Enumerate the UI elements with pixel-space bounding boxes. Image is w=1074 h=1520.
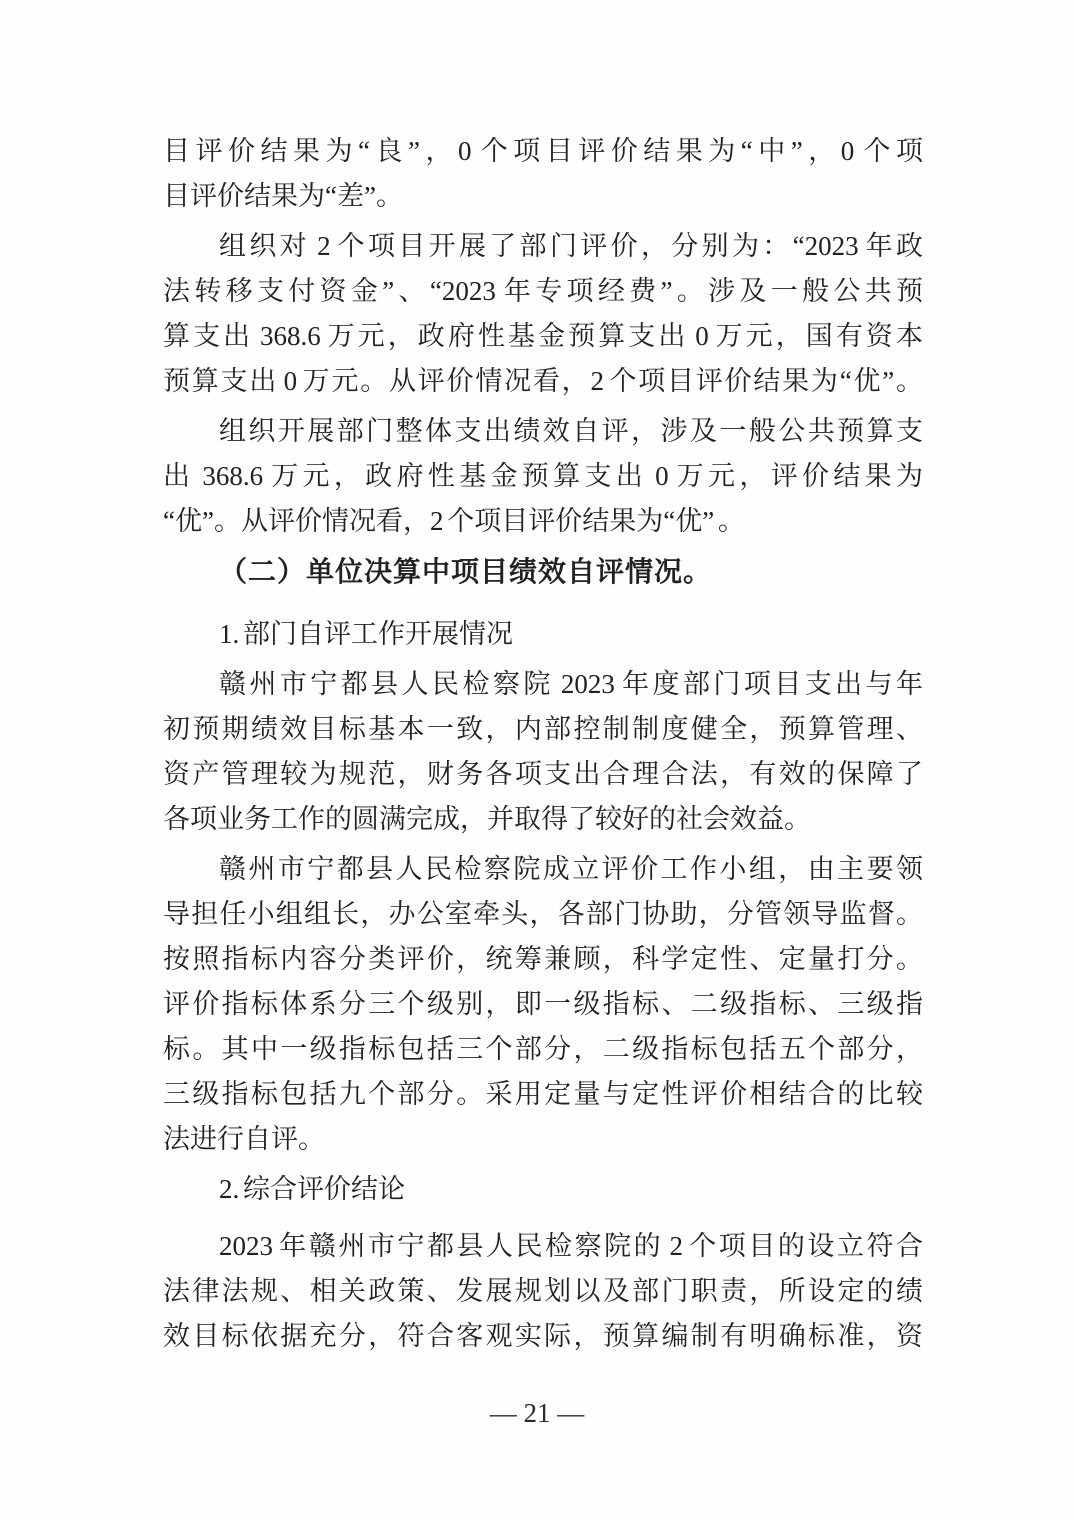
page-content: 目评价结果为“良”，0 个项目评价结果为“中”，0 个项 目评价结果为“差”。 …: [163, 129, 923, 1359]
section-heading: （二）单位决算中项目绩效自评情况。: [163, 549, 923, 594]
text-line: 导担任小组组长，办公室牵头，各部门协助，分管领导监督。: [163, 892, 923, 937]
text-line: 预算支出 0 万元。从评价情况看，2 个项目评价结果为“优”。: [163, 359, 923, 404]
text-line: 组织对 2 个项目开展了部门评价，分别为：“2023 年政: [163, 224, 923, 269]
text-line: 出 368.6 万元，政府性基金预算支出 0 万元，评价结果为: [163, 454, 923, 499]
text-line: 资产管理较为规范，财务各项支出合理合法，有效的保障了: [163, 752, 923, 797]
text-line: 赣州市宁都县人民检察院成立评价工作小组，由主要领: [163, 847, 923, 892]
text-line: “优”。从评价情况看，2 个项目评价结果为“优” 。: [163, 499, 923, 544]
document-page: 目评价结果为“良”，0 个项目评价结果为“中”，0 个项 目评价结果为“差”。 …: [0, 0, 1074, 1520]
sub-heading: 2. 综合评价结论: [163, 1167, 923, 1212]
text-line: 算支出 368.6 万元，政府性基金预算支出 0 万元，国有资本: [163, 314, 923, 359]
text-line: 评价指标体系分三个级别，即一级指标、二级指标、三级指: [163, 982, 923, 1027]
text-line: 赣州市宁都县人民检察院 2023 年度部门项目支出与年: [163, 662, 923, 707]
sub-heading: 1. 部门自评工作开展情况: [163, 612, 923, 657]
text-line: 组织开展部门整体支出绩效自评，涉及一般公共预算支: [163, 409, 923, 454]
text-line: 效目标依据充分，符合客观实际，预算编制有明确标准，资: [163, 1314, 923, 1359]
text-line: 标。其中一级指标包括三个部分，二级指标包括五个部分，: [163, 1027, 923, 1072]
text-line: 三级指标包括九个部分。采用定量与定性评价相结合的比较: [163, 1072, 923, 1117]
text-line: 按照指标内容分类评价，统筹兼顾，科学定性、定量打分。: [163, 937, 923, 982]
text-line: 初预期绩效目标基本一致，内部控制制度健全，预算管理、: [163, 707, 923, 752]
text-line: 法进行自评。: [163, 1117, 923, 1162]
text-line: 法律法规、相关政策、发展规划以及部门职责，所设定的绩: [163, 1269, 923, 1314]
text-line: 目评价结果为“差”。: [163, 174, 923, 219]
text-line: 目评价结果为“良”，0 个项目评价结果为“中”，0 个项: [163, 129, 923, 174]
text-line: 2023 年赣州市宁都县人民检察院的 2 个项目的设立符合: [163, 1224, 923, 1269]
text-line: 法转移支付资金”、“2023 年专项经费”。涉及一般公共预: [163, 269, 923, 314]
text-line: 各项业务工作的圆满完成，并取得了较好的社会效益。: [163, 797, 923, 842]
page-number: — 21 —: [0, 1398, 1074, 1429]
